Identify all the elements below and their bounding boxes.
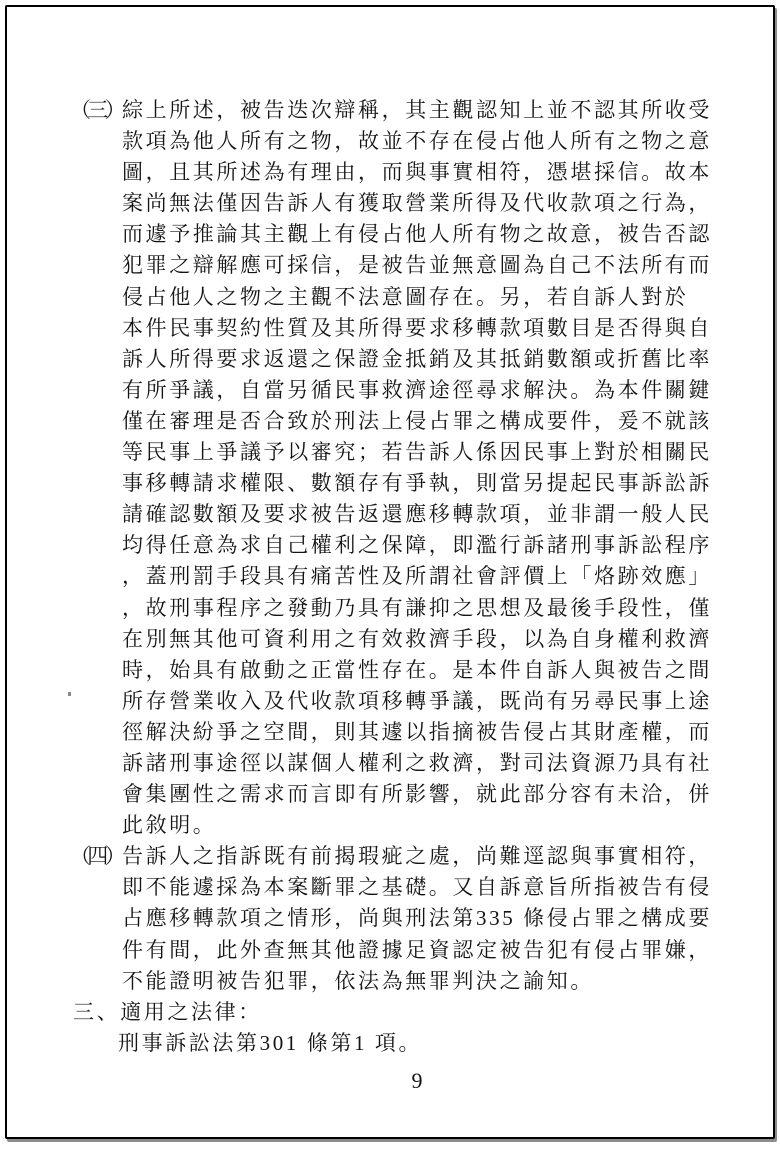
text-line: 僅在審理是否合致於刑法上侵占罪之構成要件，爰不就該 [0, 406, 780, 437]
line-text: 請確認數額及要求被告返還應移轉款項，並非謂一般人民 [122, 502, 712, 526]
text-line: 即不能遽採為本案斷罪之基礎。又自訴意旨所指被告有侵 [0, 872, 780, 903]
text-line: （三）綜上所述，被告迭次辯稱，其主觀認知上並不認其所收受 [0, 95, 780, 126]
line-text: 不能證明被告犯罪，依法為無罪判決之諭知。 [122, 969, 594, 993]
line-text: 犯罪之辯解應可採信，是被告並無意圖為自己不法所有而 [122, 253, 712, 277]
line-text: 訴諸刑事途徑以謀個人權利之救濟，對司法資源乃具有社 [122, 751, 712, 775]
line-text: 所存營業收入及代收款項移轉爭議，既尚有另尋民事上途 [122, 689, 712, 713]
text-line: 所存營業收入及代收款項移轉爭議，既尚有另尋民事上途 [0, 686, 780, 717]
text-line: 侵占他人之物之主觀不法意圖存在。另，若自訴人對於 [0, 282, 780, 313]
line-text: 而遽予推論其主觀上有侵占他人所有物之故意，被告否認 [122, 222, 712, 246]
line-text: 徑解決紛爭之空間，則其遽以指摘被告侵占其財產權，而 [122, 720, 712, 744]
line-text: ，蓋刑罰手段具有痛苦性及所謂社會評價上「烙跡效應」 [122, 564, 712, 588]
line-text: ，故刑事程序之發動乃具有謙抑之思想及最後手段性，僅 [122, 596, 712, 620]
text-line: 犯罪之辯解應可採信，是被告並無意圖為自己不法所有而 [0, 250, 780, 281]
text-line: 而遽予推論其主觀上有侵占他人所有物之故意，被告否認 [0, 219, 780, 250]
text-line: 會集團性之需求而言即有所影響，就此部分容有未洽，併 [0, 779, 780, 810]
text-line: 有所爭議，自當另循民事救濟途徑尋求解決。為本件關鍵 [0, 375, 780, 406]
text-line: 款項為他人所有之物，故並不存在侵占他人所有之物之意 [0, 126, 780, 157]
text-line: 在別無其他可資利用之有效救濟手段，以為自身權利救濟 [0, 624, 780, 655]
line-text: 案尚無法僅因告訴人有獲取營業所得及代收款項之行為， [122, 191, 712, 215]
line-text: 在別無其他可資利用之有效救濟手段，以為自身權利救濟 [122, 627, 712, 651]
text-line: （四）告訴人之指訴既有前揭瑕疵之處，尚難逕認與事實相符， [0, 841, 780, 872]
text-line: 案尚無法僅因告訴人有獲取營業所得及代收款項之行為， [0, 188, 780, 219]
line-text: 侵占他人之物之主觀不法意圖存在。另，若自訴人對於 [122, 285, 688, 309]
document-body: （三）綜上所述，被告迭次辯稱，其主觀認知上並不認其所收受款項為他人所有之物，故並… [0, 95, 780, 1059]
page-number: 9 [122, 1068, 712, 1094]
text-line: 刑事訴訟法第301 條第1 項。 [0, 1028, 780, 1059]
line-text: 三、適用之法律： [73, 1000, 262, 1024]
text-line: 三、適用之法律： [0, 997, 780, 1028]
text-line: 時，始具有啟動之正當性存在。是本件自訴人與被告之間 [0, 655, 780, 686]
line-text: 會集團性之需求而言即有所影響，就此部分容有未洽，併 [122, 782, 712, 806]
line-text: 此敘明。 [122, 813, 216, 837]
text-line: 不能證明被告犯罪，依法為無罪判決之諭知。 [0, 966, 780, 997]
line-text: 等民事上爭議予以審究；若告訴人係因民事上對於相關民 [122, 440, 712, 464]
line-text: 本件民事契約性質及其所得要求移轉款項數目是否得與自 [122, 316, 712, 340]
item-label: （三） [70, 95, 122, 126]
line-text: 事移轉請求權限、數額存有爭執，則當另提起民事訴訟訴 [122, 471, 712, 495]
line-text: 時，始具有啟動之正當性存在。是本件自訴人與被告之間 [122, 658, 712, 682]
scan-speck-artifact [68, 692, 71, 696]
item-label: （四） [70, 841, 122, 872]
line-text: 均得任意為求自己權利之保障，即濫行訴諸刑事訴訟程序 [122, 533, 712, 557]
text-line: 請確認數額及要求被告返還應移轉款項，並非謂一般人民 [0, 499, 780, 530]
text-line: 均得任意為求自己權利之保障，即濫行訴諸刑事訴訟程序 [0, 530, 780, 561]
line-text: 件有間，此外查無其他證據足資認定被告犯有侵占罪嫌， [122, 938, 712, 962]
line-text: 款項為他人所有之物，故並不存在侵占他人所有之物之意 [122, 129, 712, 153]
line-text: 圖，且其所述為有理由，而與事實相符，憑堪採信。故本 [122, 160, 712, 184]
text-line: 圖，且其所述為有理由，而與事實相符，憑堪採信。故本 [0, 157, 780, 188]
line-text: 綜上所述，被告迭次辯稱，其主觀認知上並不認其所收受 [122, 98, 712, 122]
text-line: 件有間，此外查無其他證據足資認定被告犯有侵占罪嫌， [0, 935, 780, 966]
line-text: 告訴人之指訴既有前揭瑕疵之處，尚難逕認與事實相符， [122, 844, 712, 868]
text-line: 訴人所得要求返還之保證金抵銷及其抵銷數額或折舊比率 [0, 344, 780, 375]
text-line: ，蓋刑罰手段具有痛苦性及所謂社會評價上「烙跡效應」 [0, 561, 780, 592]
line-text: 有所爭議，自當另循民事救濟途徑尋求解決。為本件關鍵 [122, 378, 712, 402]
text-line: 事移轉請求權限、數額存有爭執，則當另提起民事訴訟訴 [0, 468, 780, 499]
line-text: 訴人所得要求返還之保證金抵銷及其抵銷數額或折舊比率 [122, 347, 712, 371]
line-text: 僅在審理是否合致於刑法上侵占罪之構成要件，爰不就該 [122, 409, 712, 433]
text-line: 等民事上爭議予以審究；若告訴人係因民事上對於相關民 [0, 437, 780, 468]
text-line: 此敘明。 [0, 810, 780, 841]
text-line: 本件民事契約性質及其所得要求移轉款項數目是否得與自 [0, 313, 780, 344]
text-line: 徑解決紛爭之空間，則其遽以指摘被告侵占其財產權，而 [0, 717, 780, 748]
text-line: ，故刑事程序之發動乃具有謙抑之思想及最後手段性，僅 [0, 593, 780, 624]
text-line: 占應移轉款項之情形，尚與刑法第335 條侵占罪之構成要 [0, 903, 780, 934]
text-line: 訴諸刑事途徑以謀個人權利之救濟，對司法資源乃具有社 [0, 748, 780, 779]
line-text: 即不能遽採為本案斷罪之基礎。又自訴意旨所指被告有侵 [122, 875, 712, 899]
line-text: 占應移轉款項之情形，尚與刑法第335 條侵占罪之構成要 [122, 906, 712, 930]
line-text: 刑事訴訟法第301 條第1 項。 [118, 1031, 422, 1055]
